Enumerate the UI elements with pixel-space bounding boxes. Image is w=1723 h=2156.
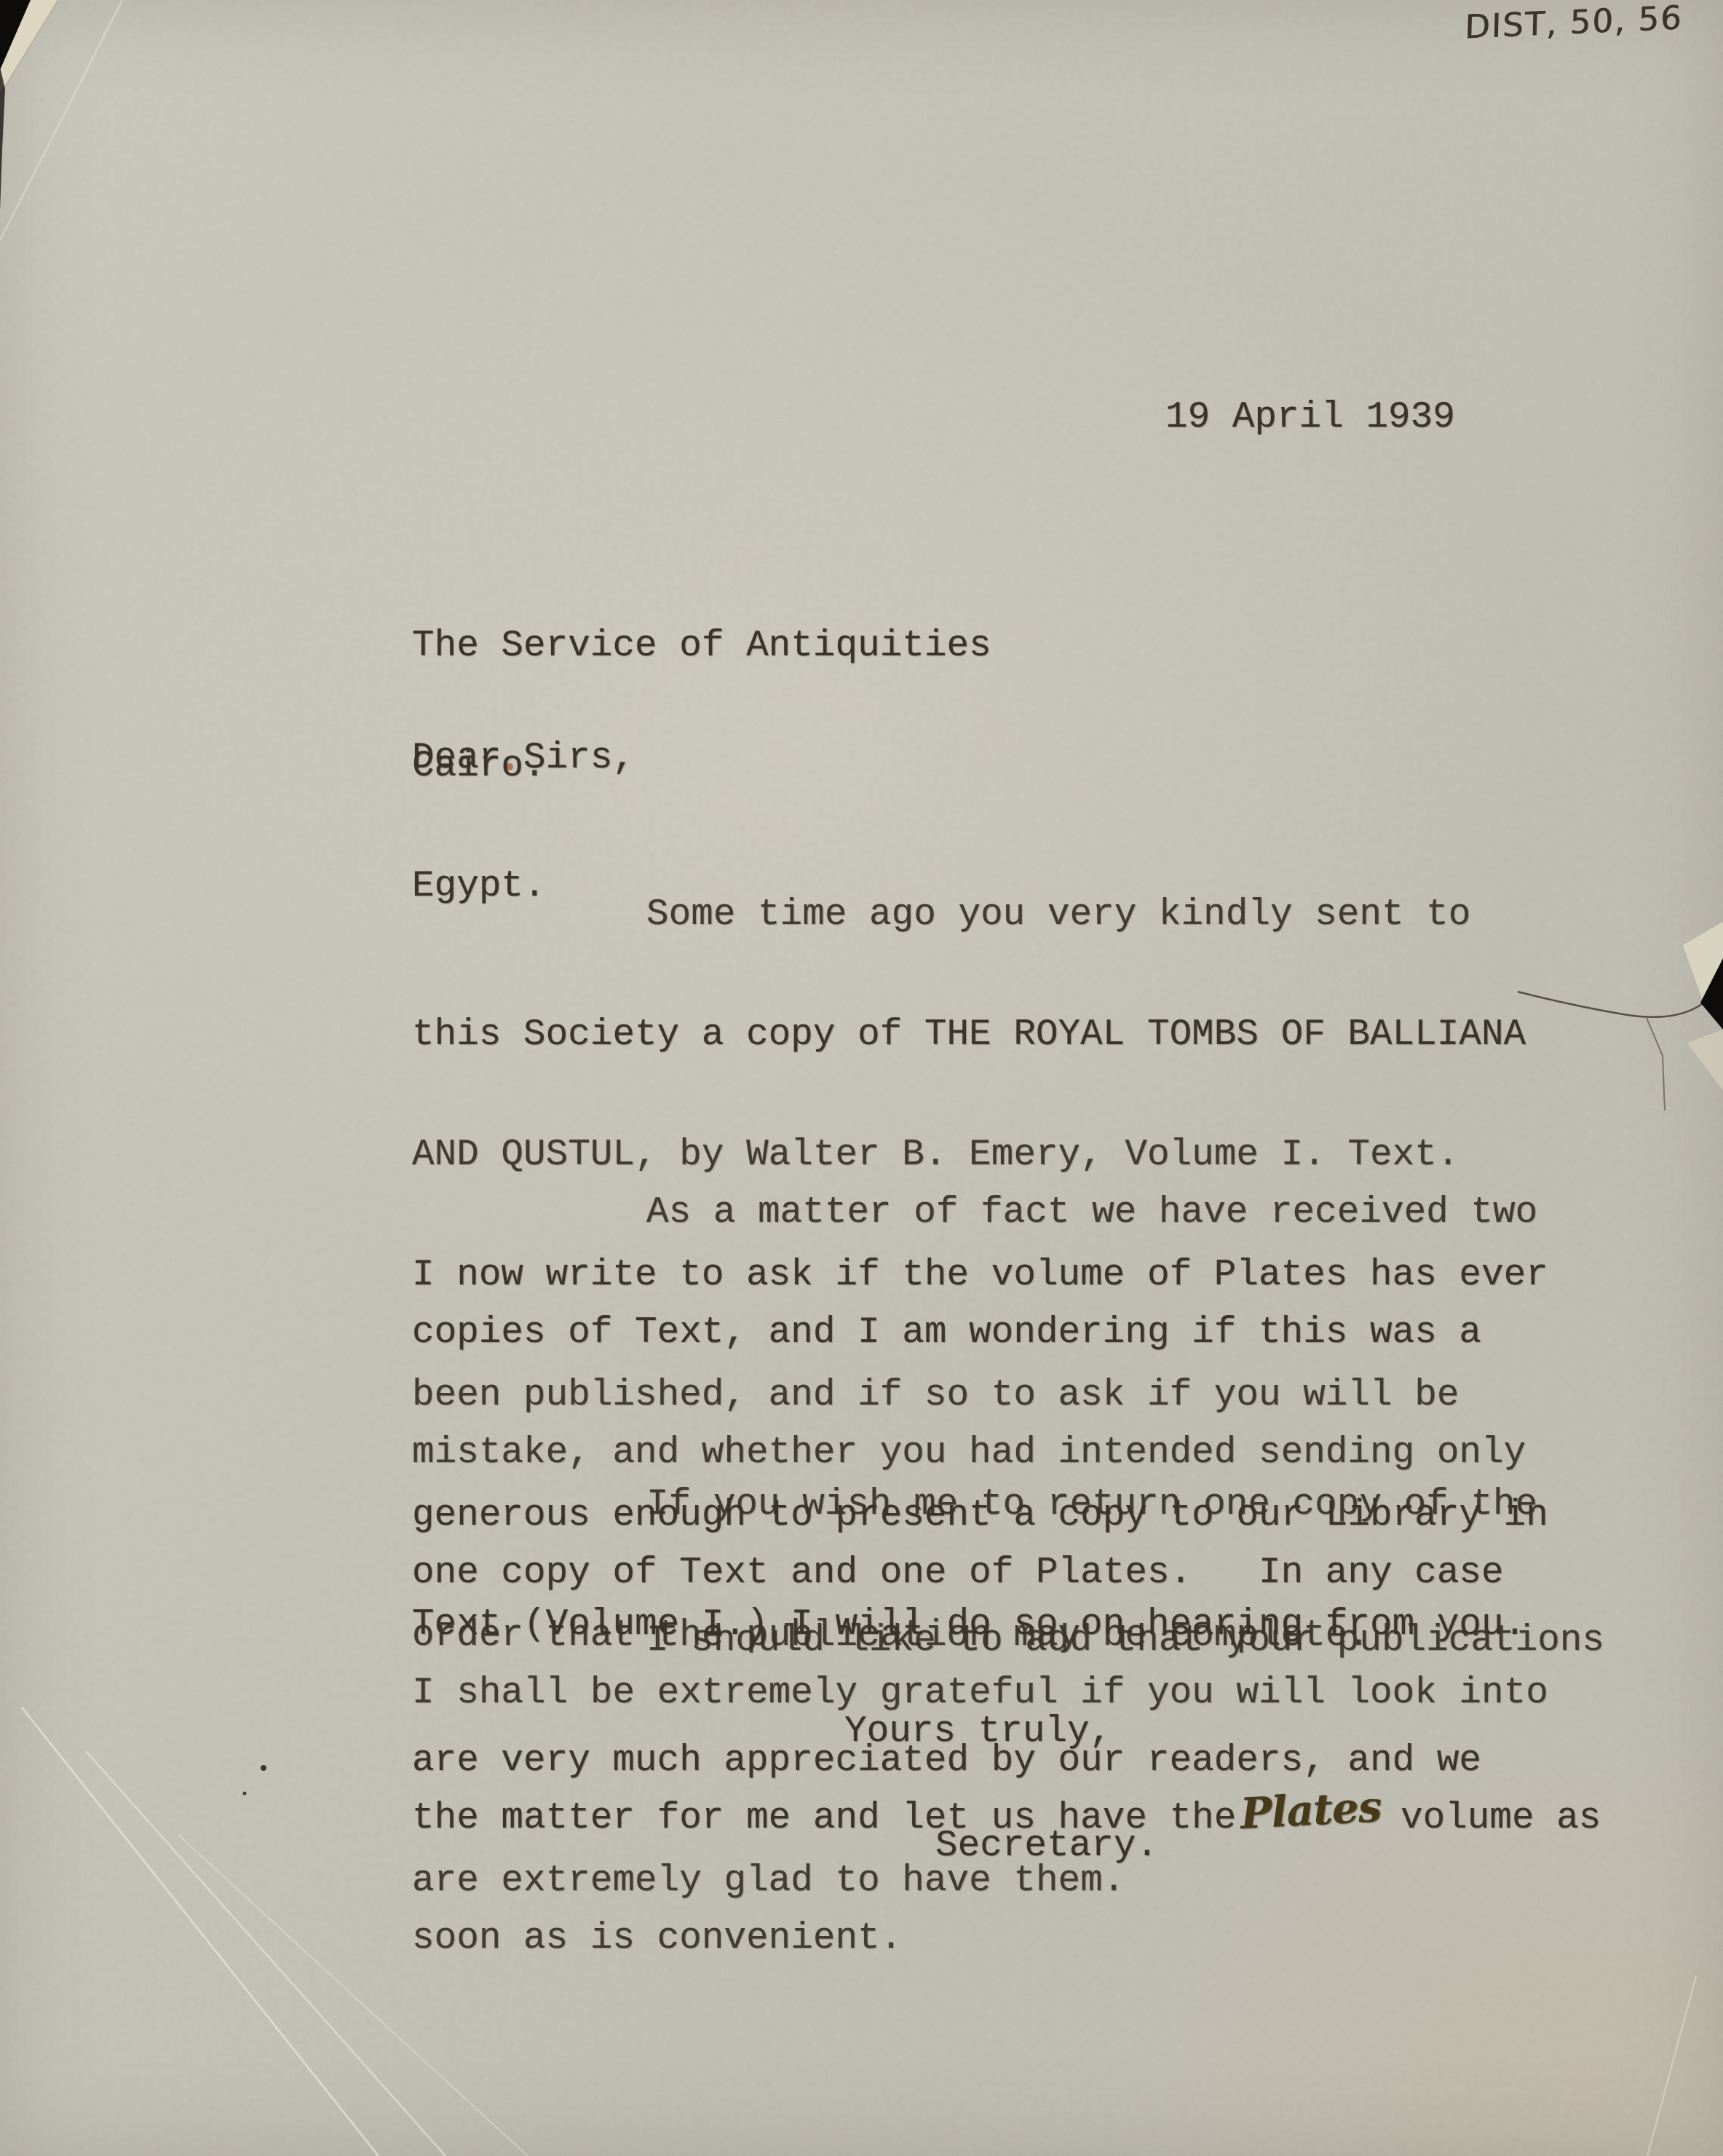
tear-highlight-lower bbox=[1687, 1030, 1723, 1091]
paragraph-line: If you wish me to return one copy of the bbox=[412, 1485, 1537, 1525]
crease-line bbox=[1647, 1976, 1696, 2156]
edge-tear-crack-branch bbox=[1647, 1018, 1665, 1110]
signature: Secretary. bbox=[935, 1826, 1158, 1866]
paragraph-line: I should like to add that your publicati… bbox=[412, 1621, 1604, 1661]
left-edge-sliver bbox=[0, 67, 5, 211]
salutation: Dear Sirs, bbox=[412, 738, 635, 778]
address-line: The Service of Antiquities bbox=[412, 626, 991, 666]
closing: Yours truly, bbox=[844, 1712, 1112, 1752]
paragraph-line: As a matter of fact we have received two bbox=[412, 1193, 1601, 1233]
paragraph-line: this Society a copy of THE ROYAL TOMBS O… bbox=[412, 1015, 1548, 1055]
paragraph-line: are extremely glad to have them. bbox=[412, 1861, 1604, 1901]
paragraph-4: I should like to add that your publicati… bbox=[412, 1541, 1604, 1981]
ink-speck bbox=[261, 1765, 266, 1771]
paragraph-line: copies of Text, and I am wondering if th… bbox=[412, 1313, 1601, 1353]
ink-speck bbox=[243, 1792, 247, 1796]
letter-date: 19 April 1939 bbox=[1165, 398, 1455, 438]
crease-line bbox=[86, 1751, 445, 2156]
crease-line bbox=[22, 1707, 379, 2156]
scanned-letter-page: DIST, 50, 56 19 April 1939 The Service o… bbox=[0, 0, 1723, 2156]
paragraph-line: Some time ago you very kindly sent to bbox=[412, 895, 1548, 935]
